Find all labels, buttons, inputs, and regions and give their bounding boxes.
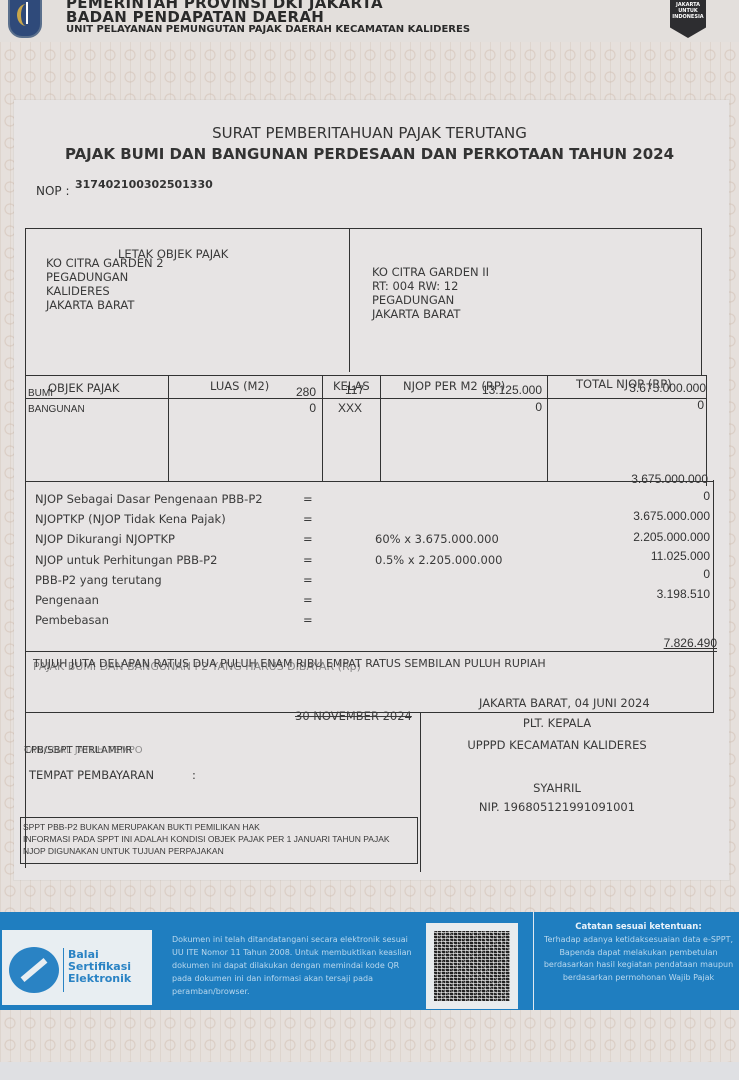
calc-equals: = xyxy=(303,492,313,506)
calc-label: NJOPTKP (NJOP Tidak Kena Pajak) xyxy=(35,512,226,526)
box-top-border xyxy=(25,228,702,229)
calc-equals: = xyxy=(303,573,313,587)
cell-luas: 0 xyxy=(250,401,316,415)
catatan-body: Terhadap adanya ketidaksesuaian data e-S… xyxy=(538,934,739,984)
note-line: INFORMASI PADA SPPT INI ADALAH KONDISI O… xyxy=(23,834,390,844)
cell-njop-m2: 0 xyxy=(440,400,542,414)
cell-kelas: 117 xyxy=(345,383,364,397)
cell-total: 3.675.000.000 xyxy=(590,381,706,395)
sign-nip: NIP. 196805121991091001 xyxy=(420,800,694,814)
calc-value: 11.025.000 xyxy=(560,549,710,563)
njop-total-top: 3.675.000.000 xyxy=(560,472,708,486)
cell-objek: BANGUNAN xyxy=(28,404,85,415)
table-top-border xyxy=(25,375,707,376)
taxpayer-address-line: KO CITRA GARDEN II xyxy=(372,265,489,279)
calc-equals: = xyxy=(303,532,313,546)
bse-name-line: Elektronik xyxy=(68,973,131,985)
total-payable: 7.826.490 xyxy=(560,636,717,650)
calc-equals: = xyxy=(303,593,313,607)
letterhead: PEMERINTAH PROVINSI DKI JAKARTA BADAN PE… xyxy=(0,0,739,42)
calc-label: NJOP untuk Perhitungan PBB-P2 xyxy=(35,553,217,567)
cell-total: 0 xyxy=(590,398,704,412)
notes-box: SPPT PBB-P2 BUKAN MERUPAKAN BUKTI PEMILI… xyxy=(20,817,418,864)
box-left-border xyxy=(25,228,26,868)
calc-label: PBB-P2 yang terutang xyxy=(35,573,162,587)
bse-name: Balai Sertifikasi Elektronik xyxy=(68,949,131,985)
calc-value: 3.675.000.000 xyxy=(560,509,710,523)
header-unit: UNIT PELAYANAN PEMUNGUTAN PAJAK DAERAH K… xyxy=(66,24,470,35)
sign-place-date: JAKARTA BARAT, 04 JUNI 2024 xyxy=(479,696,650,710)
jakarta-untuk-indonesia-logo-icon: JAKARTA UNTUK INDONESIA xyxy=(670,0,706,38)
bottom-strip xyxy=(0,1062,739,1080)
calc-formula: 60% x 3.675.000.000 xyxy=(375,532,499,546)
payment-place-label: TEMPAT PEMBAYARAN xyxy=(29,768,154,782)
box-right-border xyxy=(701,228,702,376)
cell-kelas: XXX xyxy=(338,401,362,415)
calc-label: NJOP Sebagai Dasar Pengenaan PBB-P2 xyxy=(35,492,263,506)
location-divider xyxy=(349,228,350,372)
note-line: SPPT PBB-P2 BUKAN MERUPAKAN BUKTI PEMILI… xyxy=(23,822,260,832)
calc-value: 0 xyxy=(560,567,710,581)
due-date: 30 NOVEMBER 2024 xyxy=(295,709,412,723)
catatan-divider xyxy=(533,912,534,1010)
calc-label: Pembebasan xyxy=(35,613,109,627)
box-right-border-3 xyxy=(713,480,714,712)
dki-jakarta-emblem-icon xyxy=(8,0,42,38)
calc-formula: 0.5% x 2.205.000.000 xyxy=(375,553,502,567)
table-col-divider xyxy=(547,375,548,481)
nop-value: 317402100302501330 xyxy=(75,178,213,191)
sign-position: PLT. KEPALA xyxy=(420,716,694,730)
table-col-divider xyxy=(168,375,169,481)
qr-code-icon[interactable] xyxy=(434,931,510,1001)
catatan-title: Catatan sesuai ketentuan: xyxy=(538,922,739,932)
calc-label: Pengenaan xyxy=(35,593,99,607)
document-subtitle: PAJAK BUMI DAN BANGUNAN PERDESAAN DAN PE… xyxy=(0,145,739,163)
sign-name: SYAHRIL xyxy=(420,781,694,795)
object-address-line: JAKARTA BARAT xyxy=(46,298,134,312)
calc-value: 2.205.000.000 xyxy=(560,530,710,544)
taxpayer-address-line: JAKARTA BARAT xyxy=(372,307,460,321)
payable-words: TUJUH JUTA DELAPAN RATUS DUA PULUH ENAM … xyxy=(33,657,546,670)
calc-equals: = xyxy=(303,613,313,627)
calc-value: 3.198.510 xyxy=(560,587,710,601)
key-icon xyxy=(9,947,59,993)
table-col-divider xyxy=(322,375,323,481)
cell-objek: BUMI xyxy=(28,388,53,399)
object-address-line: PEGADUNGAN xyxy=(46,270,128,284)
calc-equals: = xyxy=(303,512,313,526)
note-line: NJOP DIGUNAKAN UNTUK TUJUAN PERPAJAKAN xyxy=(23,846,224,856)
calc-value: 0 xyxy=(560,489,710,503)
nop-label: NOP : xyxy=(36,184,70,198)
calc-equals: = xyxy=(303,553,313,567)
payable-top-border xyxy=(25,651,717,652)
cell-njop-m2: 13.125.000 xyxy=(440,383,542,397)
cell-luas: 280 xyxy=(250,385,316,399)
box-right-border-2 xyxy=(706,376,707,486)
object-address-line: KO CITRA GARDEN 2 xyxy=(46,256,164,270)
taxpayer-address-line: RT: 004 RW: 12 xyxy=(372,279,458,293)
payment-place-colon: : xyxy=(192,768,196,782)
e-signature-note: Dokumen ini telah ditandatangani secara … xyxy=(172,933,417,998)
sign-office: UPPPD KECAMATAN KALIDERES xyxy=(420,738,694,752)
col-header-objek: OBJEK PAJAK xyxy=(48,381,119,395)
object-address-line: KALIDERES xyxy=(46,284,110,298)
bse-divider xyxy=(63,948,64,992)
document-title: SURAT PEMBERITAHUAN PAJAK TERUTANG xyxy=(0,124,739,142)
calc-label: NJOP Dikurangi NJOPTKP xyxy=(35,532,175,546)
taxpayer-address-line: PEGADUNGAN xyxy=(372,293,454,307)
due-overprint: CPB/SBPT TERLAMPIR xyxy=(24,745,132,756)
table-col-divider xyxy=(380,375,381,481)
